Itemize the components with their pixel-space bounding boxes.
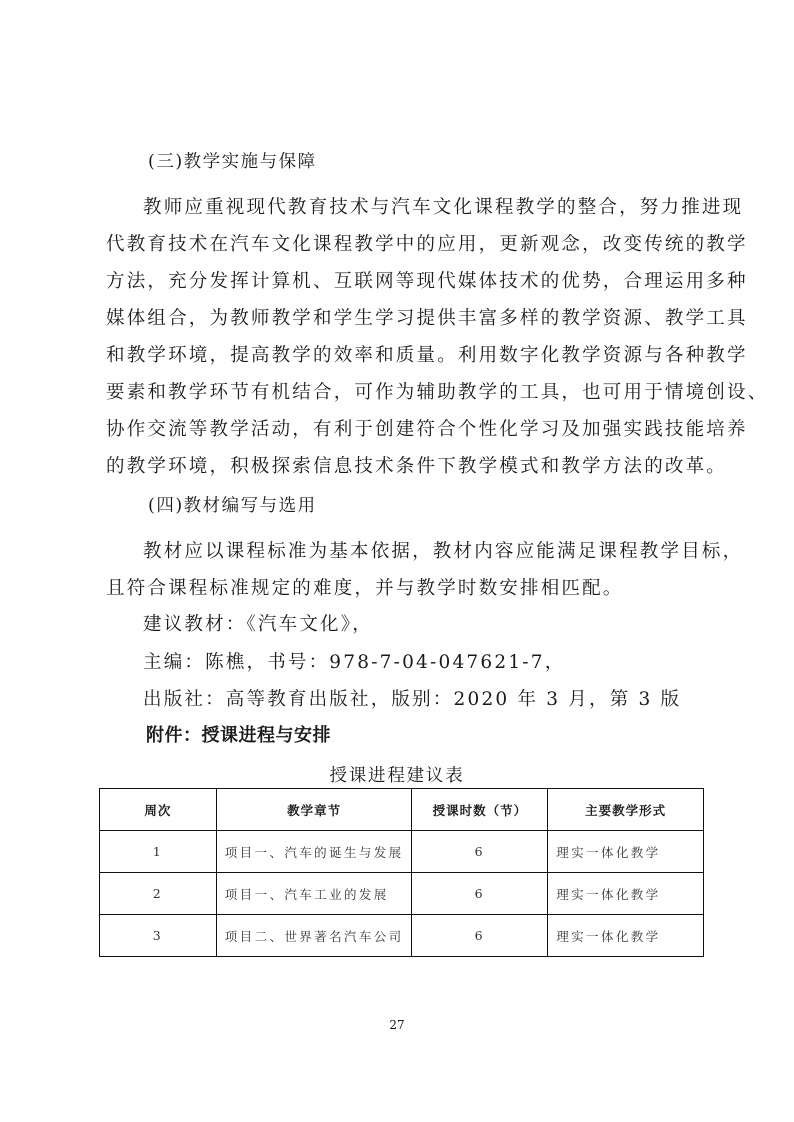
paragraph-line: 和教学环境，提高教学的效率和质量。利用数字化教学资源与各种教学 [106, 344, 748, 368]
section-heading-implementation: (三)教学实施与保障 [148, 150, 317, 174]
table-caption: 授课进程建议表 [0, 762, 794, 787]
table-header-row: 周次 教学章节 授课时数（节） 主要教学形式 [100, 789, 704, 831]
textbook-title-line: 建议教材：《汽车文化》， [143, 613, 373, 637]
page-number: 27 [0, 1018, 794, 1032]
table-row: 3 项目二、世界著名汽车公司 6 理实一体化教学 [100, 915, 704, 957]
paragraph-line: 要素和教学环节有机结合，可作为辅助教学的工具，也可用于情境创设、 [106, 381, 768, 405]
schedule-table: 周次 教学章节 授课时数（节） 主要教学形式 1 项目一、汽车的诞生与发展 6 … [99, 788, 704, 957]
cell-week: 2 [100, 873, 217, 915]
cell-teaching-form: 理实一体化教学 [548, 831, 704, 873]
table-row: 2 项目一、汽车工业的发展 6 理实一体化教学 [100, 873, 704, 915]
paragraph-line: 媒体组合，为教师教学和学生学习提供丰富多样的教学资源、教学工具 [106, 307, 748, 331]
cell-hours: 6 [412, 831, 548, 873]
table-row: 1 项目一、汽车的诞生与发展 6 理实一体化教学 [100, 831, 704, 873]
cell-chapter: 项目一、汽车的诞生与发展 [216, 831, 412, 873]
section-heading-textbook: (四)教材编写与选用 [148, 494, 317, 518]
paragraph-line: 且符合课程标准规定的难度，并与教学时数安排相匹配。 [106, 577, 624, 601]
cell-teaching-form: 理实一体化教学 [548, 873, 704, 915]
textbook-publisher-line: 出版社：高等教育出版社，版别：2020 年 3 月，第 3 版 [143, 688, 681, 712]
cell-week: 3 [100, 915, 217, 957]
column-header-hours: 授课时数（节） [412, 789, 548, 831]
column-header-teaching-form: 主要教学形式 [548, 789, 704, 831]
cell-week: 1 [100, 831, 217, 873]
paragraph-line: 的教学环境，积极探索信息技术条件下教学模式和教学方法的改革。 [106, 455, 727, 479]
cell-chapter: 项目一、汽车工业的发展 [216, 873, 412, 915]
paragraph-line: 教材应以课程标准为基本依据，教材内容应能满足课程教学目标， [143, 540, 743, 564]
textbook-editor-line: 主编：陈樵，书号：978-7-04-047621-7， [143, 651, 565, 675]
paragraph-line: 代教育技术在汽车文化课程教学中的应用，更新观念，改变传统的教学 [106, 233, 748, 257]
paragraph-line: 方法，充分发挥计算机、互联网等现代媒体技术的优势，合理运用多种 [106, 270, 748, 294]
appendix-title: 附件：授课进程与安排 [146, 724, 331, 748]
column-header-chapter: 教学章节 [216, 789, 412, 831]
cell-teaching-form: 理实一体化教学 [548, 915, 704, 957]
paragraph-line: 教师应重视现代教育技术与汽车文化课程教学的整合，努力推进现 [143, 196, 743, 220]
cell-chapter: 项目二、世界著名汽车公司 [216, 915, 412, 957]
cell-hours: 6 [412, 915, 548, 957]
column-header-week: 周次 [100, 789, 217, 831]
paragraph-line: 协作交流等教学活动，有利于创建符合个性化学习及加强实践技能培养 [106, 418, 748, 442]
cell-hours: 6 [412, 873, 548, 915]
